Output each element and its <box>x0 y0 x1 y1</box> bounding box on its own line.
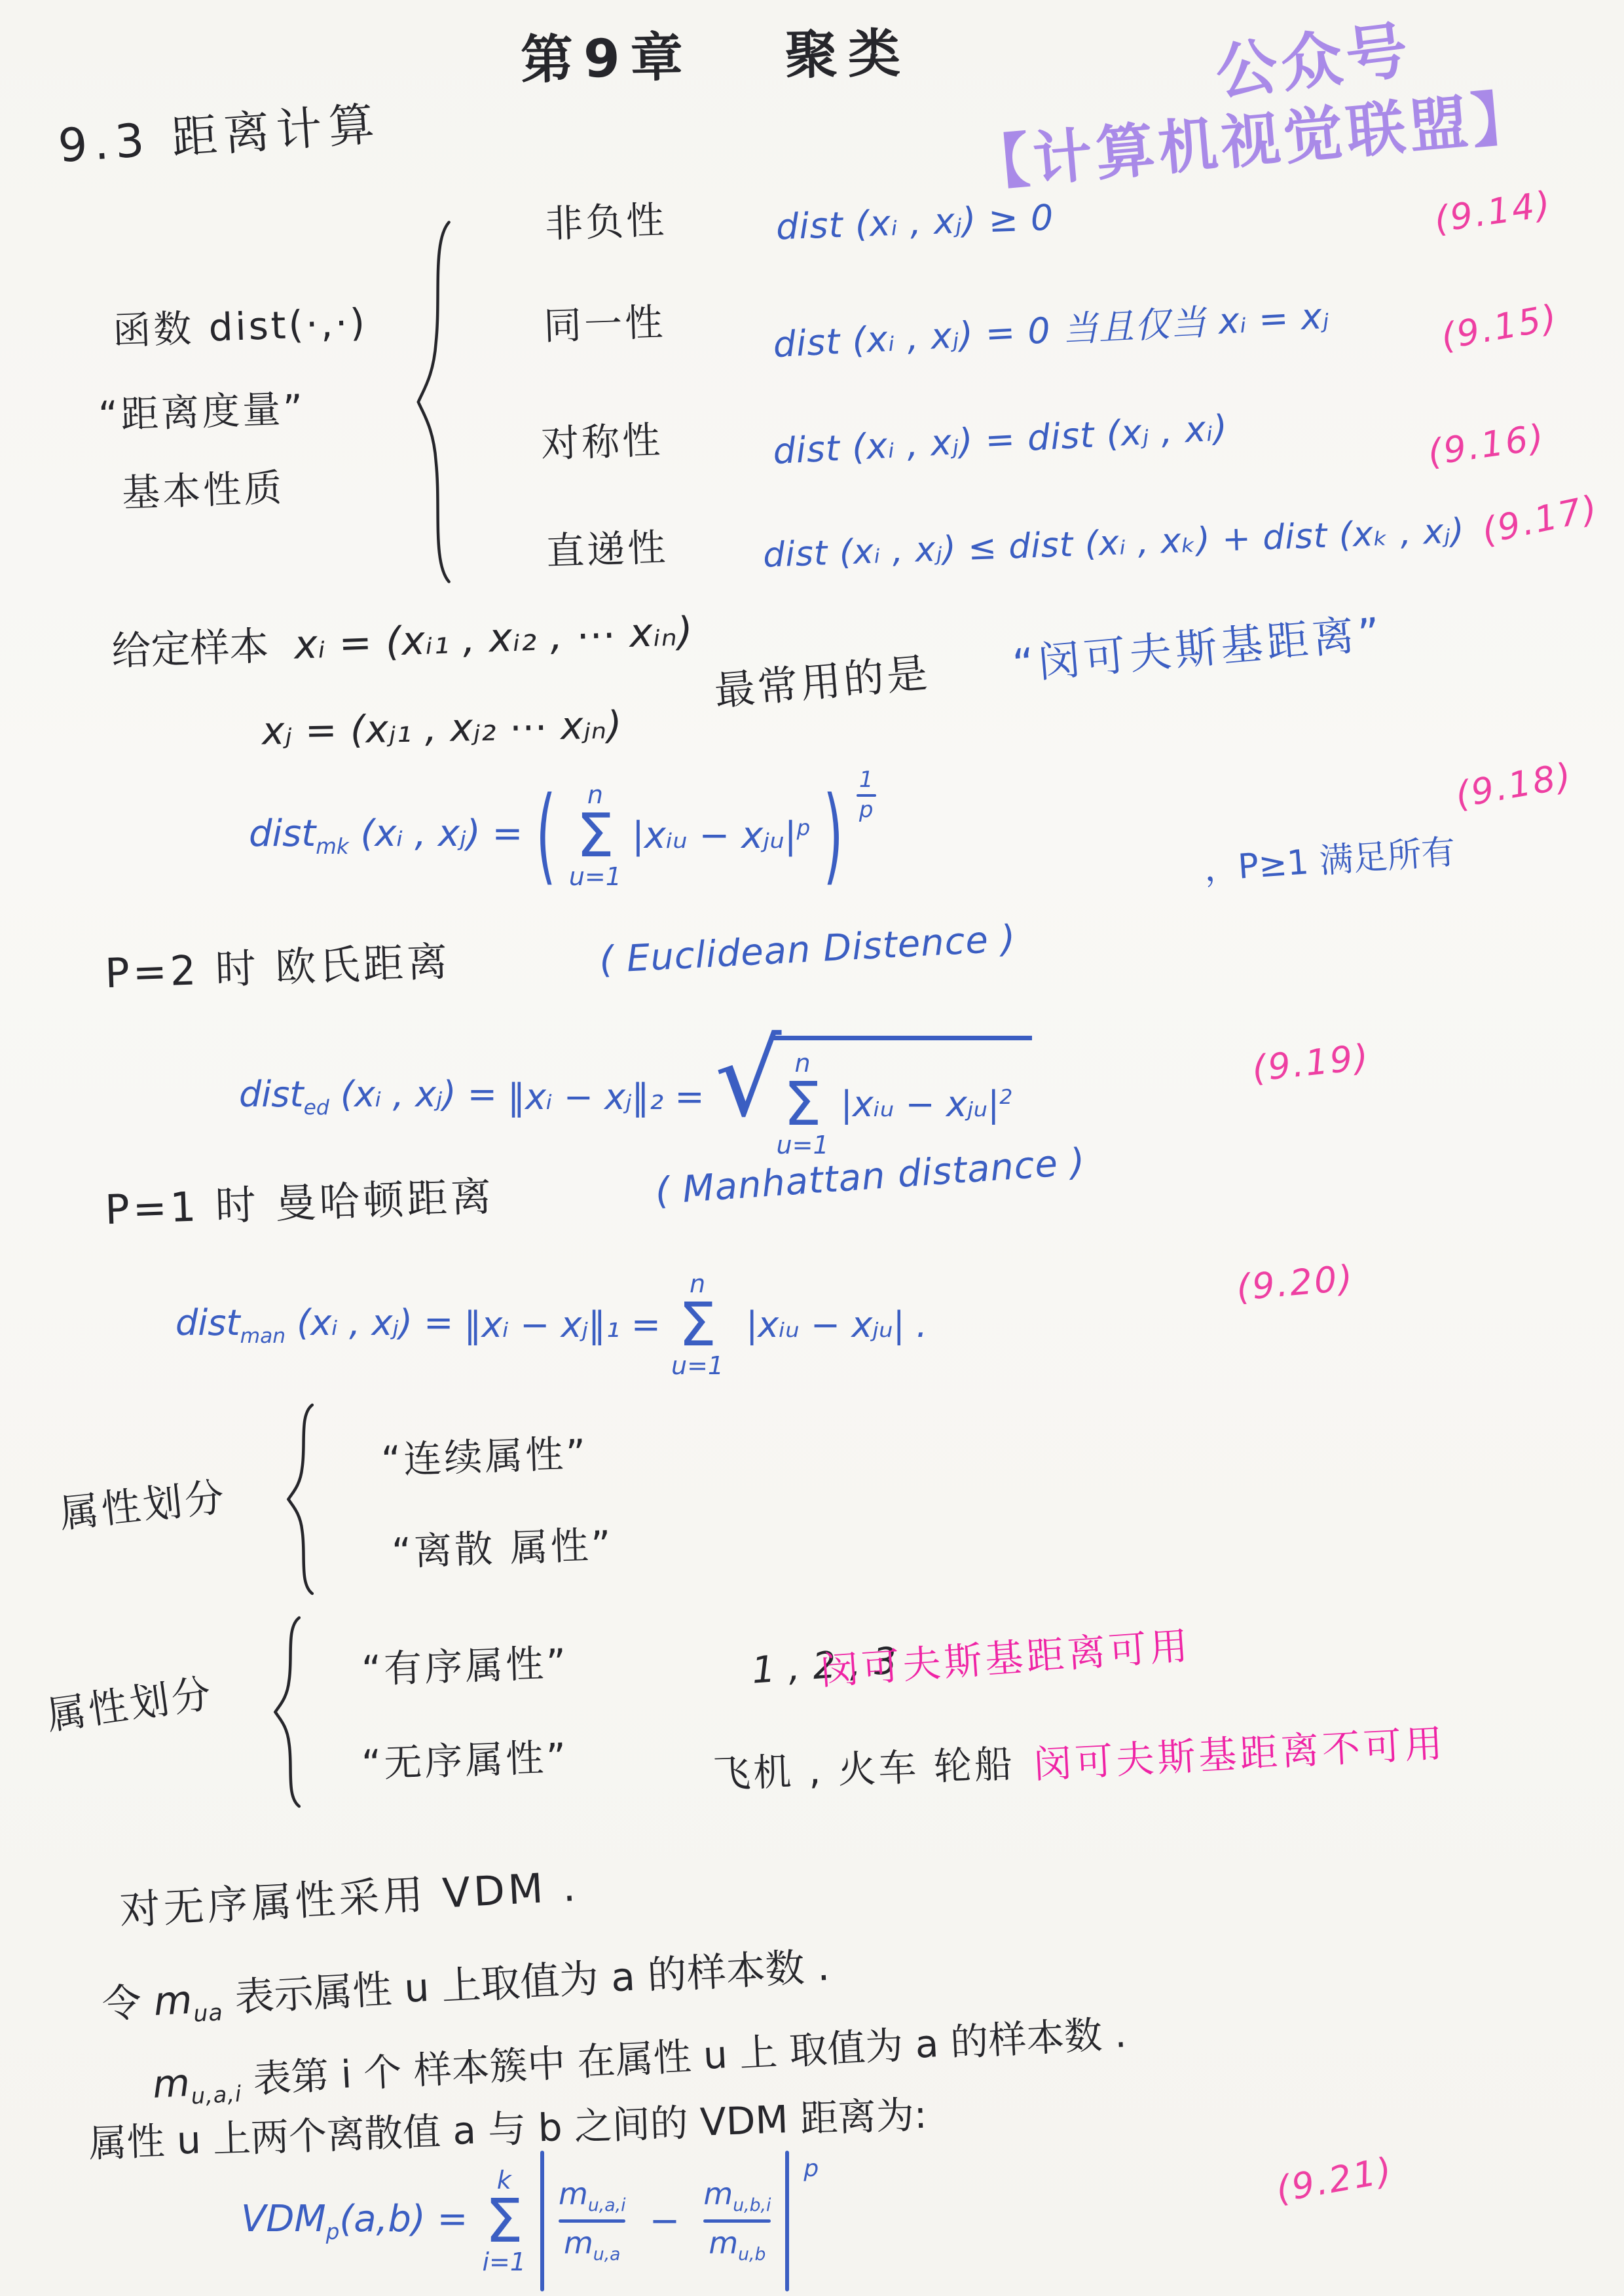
p-condition-note: ，P≥1 满足所有 <box>1202 824 1457 891</box>
euclidean-norm: ‖xᵢ − xⱼ‖₂ = <box>507 1076 705 1118</box>
attribute-split2-brace-icon <box>270 1614 306 1810</box>
chapter-number: 第9章 <box>520 27 693 91</box>
sum-symbol: nΣu=1 <box>569 782 621 889</box>
attribute-split2-label: 属性划分 <box>43 1662 216 1741</box>
euclidean-heading-cn: P=2 时 欧氏距离 <box>104 929 452 999</box>
unordered-attribute-example: 飞机 , 火车 轮船 <box>712 1733 1016 1798</box>
open-paren: ( <box>536 784 555 888</box>
xj-definition: xⱼ = (xⱼ₁ , xⱼ₂ ⋯ xⱼₙ) <box>261 702 623 754</box>
manhattan-lhs: distman (xᵢ , xⱼ) = <box>175 1302 453 1348</box>
manhattan-formula: distman (xᵢ , xⱼ) = ‖xᵢ − xⱼ‖₁ = nΣu=1 |… <box>175 1271 927 1378</box>
radical-sign: √ <box>715 1037 782 1121</box>
eq-number-914: (9.14) <box>1431 183 1554 240</box>
eq-number-917: (9.17) <box>1478 487 1602 552</box>
vdm-intro-line: 对无序属性采用 VDM . <box>118 1854 580 1937</box>
page-title: 第9章聚类 <box>520 11 912 93</box>
basic-properties-label: 基本性质 <box>121 457 286 518</box>
minus-sign: − <box>649 2200 680 2242</box>
most-used-prefix: 最常用的是 <box>712 640 932 717</box>
sum-symbol: nΣu=1 <box>671 1271 724 1378</box>
vdm-lhs: VDMp(a,b) = <box>241 2198 468 2244</box>
vdm-fraction-a: mu,a,i mu,a <box>559 2178 625 2264</box>
eq-number-919: (9.19) <box>1250 1036 1372 1090</box>
eq-number-916: (9.16) <box>1425 416 1547 473</box>
chapter-topic: 聚类 <box>784 23 912 86</box>
euclidean-heading-en: ( Euclidean Distence ) <box>599 917 1017 981</box>
eq-number-920: (9.20) <box>1235 1257 1356 1308</box>
minkowski-not-usable-note: 闵可夫斯基距离不可用 <box>1032 1713 1447 1789</box>
xi-definition: xᵢ = (xᵢ₁ , xᵢ₂ , ⋯ xᵢₙ) <box>293 609 694 668</box>
property-name-nonnegativity: 非负性 <box>544 189 668 248</box>
minkowski-term: “闵可夫斯基距离” <box>1010 599 1386 691</box>
vdm-exponent: p <box>803 2155 819 2182</box>
notebook-page: 第9章聚类 公众号 【计算机视觉联盟】 9.3 距离计算 函数 dist(·,·… <box>0 0 1624 2296</box>
close-paren: ) <box>823 784 843 888</box>
vdm-mua-line: 令 mua 表示属性 u 上取值为 a 的样本数 . <box>100 1935 830 2032</box>
vdm-formula: VDMp(a,b) = kΣi=1 mu,a,i mu,a − mu,b,i m… <box>241 2151 819 2291</box>
formula-symmetry: dist (xᵢ , xⱼ) = dist (xⱼ , xᵢ) <box>772 407 1229 472</box>
minkowski-usable-note: 闵可夫斯基距离可用 <box>819 1614 1192 1695</box>
property-name-identity: 同一性 <box>543 291 667 350</box>
vdm-fraction-b: mu,b,i mu,b <box>703 2178 771 2264</box>
euclidean-body: |xᵢᵤ − xⱼᵤ|2 <box>841 1084 1013 1125</box>
euclidean-formula: disted (xᵢ , xⱼ) = ‖xᵢ − xⱼ‖₂ = √ nΣu=1 … <box>239 1036 1032 1157</box>
manhattan-norm: ‖xᵢ − xⱼ‖₁ = <box>464 1304 661 1345</box>
property-name-triangle: 直递性 <box>545 517 669 575</box>
sum-symbol: kΣi=1 <box>482 2168 526 2274</box>
square-root: √ nΣu=1 |xᵢᵤ − xⱼᵤ|2 <box>715 1036 1033 1157</box>
dist-function-label: 函数 dist(·,·) <box>112 291 369 355</box>
formula-identity: dist (xᵢ , xⱼ) = 0 当且仅当 xᵢ = xⱼ <box>772 288 1331 367</box>
exponent-one-over-p: 1p <box>857 769 876 822</box>
eq-number-921: (9.21) <box>1273 2149 1397 2210</box>
distance-metric-label: “距离度量” <box>98 378 306 440</box>
property-name-symmetry: 对称性 <box>540 409 664 468</box>
minkowski-formula: distmk (xᵢ , xⱼ) = ( nΣu=1 |xᵢᵤ − xⱼᵤ|p … <box>249 782 876 889</box>
eq-number-915: (9.15) <box>1438 297 1562 357</box>
abs-bar-icon <box>785 2151 789 2291</box>
abs-bar-icon <box>540 2151 544 2291</box>
formula-triangle: dist (xᵢ , xⱼ) ≤ dist (xᵢ , xₖ) + dist (… <box>762 511 1465 575</box>
m-uai-symbol: mu,a,i <box>151 2058 242 2107</box>
eq-number-918: (9.18) <box>1452 755 1576 816</box>
unordered-attribute-item: “无序属性” <box>361 1726 570 1789</box>
given-samples-line: 给定样本 xᵢ = (xᵢ₁ , xᵢ₂ , ⋯ xᵢₙ) <box>111 600 694 677</box>
attribute-split1-label: 属性划分 <box>56 1466 229 1539</box>
m-ua-symbol: mua <box>153 1976 223 2025</box>
continuous-attribute-item: “连续属性” <box>380 1423 589 1485</box>
ordered-attribute-item: “有序属性” <box>361 1632 570 1694</box>
manhattan-body: |xᵢᵤ − xⱼᵤ| . <box>746 1304 927 1345</box>
minkowski-body: |xᵢᵤ − xⱼᵤ|p <box>632 814 810 857</box>
manhattan-heading-cn: P=1 时 曼哈顿距离 <box>104 1164 496 1236</box>
properties-brace-icon <box>411 215 458 589</box>
section-title: 9.3 距离计算 <box>56 87 382 175</box>
discrete-attribute-item: “离散 属性” <box>391 1514 614 1576</box>
attribute-split1-brace-icon <box>283 1401 320 1597</box>
minkowski-lhs: distmk (xᵢ , xⱼ) = <box>249 812 523 859</box>
given-samples-prefix: 给定样本 <box>111 623 269 674</box>
formula-nonnegativity: dist (xᵢ , xⱼ) ≥ 0 <box>775 197 1054 248</box>
euclidean-lhs: disted (xᵢ , xⱼ) = <box>239 1074 497 1120</box>
sum-symbol: nΣu=1 <box>777 1051 829 1157</box>
